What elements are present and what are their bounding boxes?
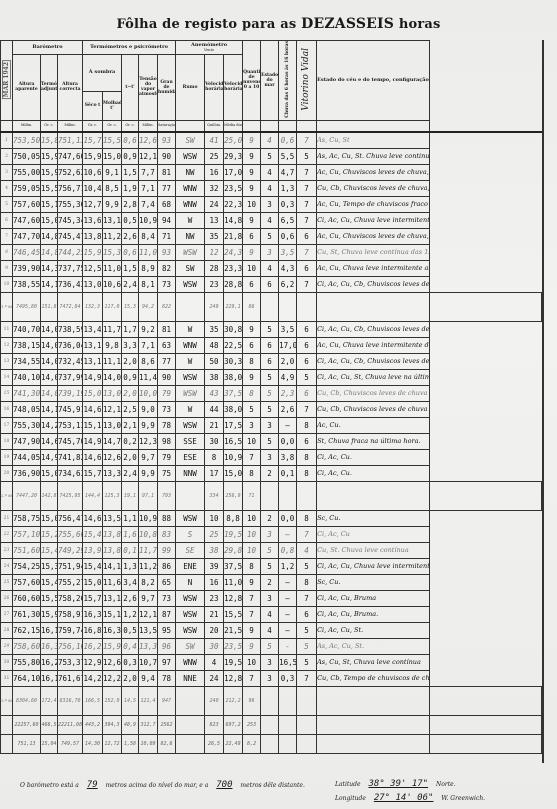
alt-cell: 755,00 [13, 164, 41, 180]
day-cell: 8 [1, 244, 13, 260]
mar-cell: 5 [261, 321, 279, 337]
v1-cell: 44 [205, 401, 224, 417]
rumo-cell: WSW [176, 244, 205, 260]
day-cell: 11 [1, 321, 13, 337]
diff-cell: 0,3 [122, 654, 139, 670]
sky-state-cell: Ci, Ac, Cu, Chuva leve intermitente na ú… [317, 212, 429, 228]
rumo-cell: ESE [176, 449, 205, 465]
col-x-cell: 7 [297, 132, 317, 149]
molh-cell: 13,1 [103, 212, 122, 228]
nuv-cell: 9 [243, 369, 261, 385]
corr-cell: 758,26 [58, 590, 83, 606]
nuv-cell: 9 [243, 321, 261, 337]
sky-state-cell: Ac, Cu. [317, 417, 429, 433]
sky-state-cell: Cu, Cb, Chuviscos leves de chuva, Arco-Í… [317, 180, 429, 196]
seco-cell: 13,6 [83, 212, 103, 228]
term-cell: 15,4 [41, 542, 58, 558]
tens-cell: 13,5 [139, 622, 158, 638]
diff-cell: 0,2 [122, 433, 139, 449]
term-cell: 15,9 [41, 164, 58, 180]
term-cell: 15,3 [41, 558, 58, 574]
diff-cell: 3,4 [122, 574, 139, 590]
rumo-cell: ENE [176, 558, 205, 574]
v2-cell: 16,5 [224, 433, 243, 449]
sky-state-cell: Ac, Cu, Tempo de chuviscos fraco de chuv… [317, 196, 429, 212]
unit-sea [261, 120, 279, 132]
day-cell: 29 [1, 638, 13, 654]
v1-cell: 13 [205, 212, 224, 228]
mar-cell: 2 [261, 465, 279, 481]
day-cell: 16 [1, 401, 13, 417]
molh-cell: 13,0 [103, 417, 122, 433]
wet-header: Molhado t' [103, 91, 122, 120]
table-row: 13734,5514,0732,4513,111,12,08,677W5030,… [1, 353, 542, 369]
corr-cell: 756,71 [58, 180, 83, 196]
nuv-cell: 5 [243, 401, 261, 417]
barometer-header: Barómetro [13, 41, 83, 55]
alt-cell: 753,50 [13, 132, 41, 149]
molh-cell: 9,1 [103, 164, 122, 180]
molh-cell: 15,3 [103, 244, 122, 260]
unit-humidity: Saturação=100 [158, 120, 176, 132]
hum-cell: 65 [158, 574, 176, 590]
seco-summary: 166,5 [83, 686, 103, 715]
diff-cell: 0,9 [122, 369, 139, 385]
alt-cell: 750,05 [13, 148, 41, 164]
tens-cell: 9,9 [139, 465, 158, 481]
corr-cell: 744,25 [58, 244, 83, 260]
table-row: 24754,2515,3751,9415,414,11,311,286ENE39… [1, 558, 542, 574]
term-cell: 15,5 [41, 180, 58, 196]
mar-cell: 3 [261, 417, 279, 433]
molh-cell: 11,6 [103, 574, 122, 590]
tens-cell: 9,0 [139, 401, 158, 417]
diff-cell: 2,0 [122, 385, 139, 401]
longitude-line: Longitude 27° 14' 06" W. Greenwich. [335, 793, 485, 803]
empty-cell [317, 686, 429, 715]
seco-cell: 15,7 [83, 590, 103, 606]
table-row: 31764,1016,1761,6714,212,22,09,478NNE241… [1, 670, 542, 686]
mar-cell: 6 [261, 353, 279, 369]
col-x-cell: 6 [297, 353, 317, 369]
day-cell: 27 [1, 606, 13, 622]
seco-cell: 15,0 [83, 574, 103, 590]
corr-summary: 7425,95 [58, 481, 83, 510]
alt-cell: 739,90 [13, 260, 41, 276]
seco-cell: 13,0 [83, 276, 103, 292]
table-row: 23751,6015,4749,2913,913,80,111,799SE382… [1, 542, 542, 558]
term-cell: 15,4 [41, 574, 58, 590]
v1-cell: 23 [205, 276, 224, 292]
tens-summary: 97,1 [139, 481, 158, 510]
diff-summary: 48,9 [122, 715, 139, 734]
chuva-cell: 3,8 [279, 449, 297, 465]
diff-cell: 0,4 [122, 638, 139, 654]
v1-cell: 8 [205, 449, 224, 465]
empty-cell [297, 715, 317, 734]
v1-cell: 38 [205, 369, 224, 385]
alt-cell: 747,70 [13, 228, 41, 244]
nuv-cell: 6 [243, 337, 261, 353]
molh-cell: 13,0 [103, 385, 122, 401]
day-cell: 2 [1, 148, 13, 164]
term-summary: 142,8 [41, 481, 58, 510]
latitude-line: Latitude 38° 39' 17" Norte. [335, 779, 456, 789]
chuva-cell: 3,5 [279, 321, 297, 337]
unit-sig [297, 120, 317, 132]
mar-cell: 5 [261, 369, 279, 385]
sky-state-cell: Cu, St. Chuva leve contínua [317, 542, 429, 558]
tens-cell: 10,9 [139, 510, 158, 526]
col-x-cell: 8 [297, 417, 317, 433]
v1-cell: 25 [205, 148, 224, 164]
empty-cell [297, 292, 317, 321]
table-row: 3755,0015,9752,6210,69,11,57,781NW1617,0… [1, 164, 542, 180]
nuv-cell: 8 [243, 465, 261, 481]
col-x-cell: 7 [297, 276, 317, 292]
empty-cell [297, 481, 317, 510]
hum-summary: 822 [158, 292, 176, 321]
sky-state-cell: Ci, Ac, Cu, St. [317, 622, 429, 638]
diff-cell: 1,3 [122, 558, 139, 574]
baro-height-value: 79 [81, 780, 104, 790]
table-row: 29758,6016,3756,1616,215,90,413,396SW302… [1, 638, 542, 654]
nuv-cell: 9 [243, 638, 261, 654]
nuv-cell: 9 [243, 574, 261, 590]
molh-cell: 10,6 [103, 276, 122, 292]
term-cell: 15,9 [41, 148, 58, 164]
table-right-border [542, 40, 544, 763]
sky-state-cell: Ci, Ac, Cu, Cb, Chuviscos leves de chuva… [317, 321, 429, 337]
molh-cell: 12,2 [103, 670, 122, 686]
diff-cell: 2,0 [122, 670, 139, 686]
hum-cell: 75 [158, 465, 176, 481]
term-cell: 15,0 [41, 510, 58, 526]
day-cell: 30 [1, 654, 13, 670]
sky-state-cell: Sc, Cu. [317, 574, 429, 590]
term-cell: 15,9 [41, 606, 58, 622]
day-cell: 23 [1, 542, 13, 558]
corr-cell: 752,62 [58, 164, 83, 180]
corr-summary: 7472,84 [58, 292, 83, 321]
day-cell: 21 [1, 510, 13, 526]
col-x-cell: 5 [297, 654, 317, 670]
diff-cell: 2,4 [122, 276, 139, 292]
diff-cell: 0,9 [122, 148, 139, 164]
sky-state-cell: Sc, Cu. [317, 510, 429, 526]
corr-cell: 758,91 [58, 606, 83, 622]
chuva-cell: 0,0 [279, 433, 297, 449]
chuva-cell: 17,0 [279, 337, 297, 353]
sky-state-cell: Ci, Ac, Cu [317, 526, 429, 542]
chuva-cell: 3,5 [279, 244, 297, 260]
diff-summary: 15,3 [122, 292, 139, 321]
molh-summary: 12,72 [103, 734, 122, 753]
nuv-cell: 9 [243, 244, 261, 260]
sky-state-header: Estado do céu e do tempo, configuração d… [317, 41, 429, 121]
v2-cell: 22,5 [224, 337, 243, 353]
term-cell: 15,8 [41, 132, 58, 149]
chuva-cell: 0,6 [279, 132, 297, 149]
empty-cell [279, 481, 297, 510]
decade-summary-row: 1.ª década7495,80151,87472,84132,3117,01… [1, 292, 542, 321]
alt-cell: 738,15 [13, 337, 41, 353]
molh-cell: 13,8 [103, 526, 122, 542]
sky-state-cell: Ac, Cu, Chuva leve intermitente até às 1… [317, 260, 429, 276]
col-x-cell: 7 [297, 590, 317, 606]
table-row: 20736,9015,0734,6315,713,32,49,975NNW171… [1, 465, 542, 481]
v2-cell: 28,8 [224, 276, 243, 292]
mar-cell: 5 [261, 401, 279, 417]
rumo-cell: W [176, 321, 205, 337]
corr-cell: 738,59 [58, 321, 83, 337]
decade-label [1, 734, 13, 753]
alt-cell: 738,55 [13, 276, 41, 292]
v2-cell: 23,3 [224, 260, 243, 276]
nuv-cell: 8 [243, 353, 261, 369]
day-header: MAR 1942 [1, 41, 13, 121]
speed-mean-header: Velocidade horária [224, 55, 243, 121]
empty-cell [317, 481, 429, 510]
title-prefix: Fôlha de registo para as [116, 17, 296, 32]
tens-cell: 9,2 [139, 321, 158, 337]
molh-cell: 14,1 [103, 558, 122, 574]
hum-cell: 81 [158, 164, 176, 180]
rumo-cell: WNW [176, 654, 205, 670]
corr-cell: 749,29 [58, 542, 83, 558]
hum-cell: 94 [158, 212, 176, 228]
col-x-cell: 5 [297, 622, 317, 638]
vento-label: Vento [204, 48, 214, 52]
observer-signature: Vitorino Vidal [304, 48, 309, 111]
table-row: 14740,1014,0737,9914,914,00,911,490WSW38… [1, 369, 542, 385]
latitude-suffix: Norte. [436, 781, 456, 788]
alt-cell: 740,10 [13, 369, 41, 385]
v2-summary: 256,9 [224, 481, 243, 510]
nuv-cell: 7 [243, 670, 261, 686]
tens-summary: 121,4 [139, 686, 158, 715]
hum-cell: 63 [158, 337, 176, 353]
table-row: 7747,7014,8745,4713,811,22,68,471NW3521,… [1, 228, 542, 244]
diff-cell: 0,6 [122, 244, 139, 260]
sky-state-cell: Ci, Ac, Cu, Cb, Chuviscos leves de chuva… [317, 276, 429, 292]
tens-cell: 11,7 [139, 542, 158, 558]
day-cell: 25 [1, 574, 13, 590]
seco-cell: 14,2 [83, 670, 103, 686]
tens-summary: 94,2 [139, 292, 158, 321]
molh-cell: 8,5 [103, 180, 122, 196]
tens-cell: 7,1 [139, 337, 158, 353]
sky-state-cell: Ci, Ac, Cu, Cb, Chuviscos leves de chuva… [317, 353, 429, 369]
chuva-cell: 2,0 [279, 353, 297, 369]
hum-cell: 71 [158, 228, 176, 244]
mar-cell: 4 [261, 606, 279, 622]
rumo-cell: N [176, 574, 205, 590]
longitude-label: Longitude [335, 795, 366, 802]
diff-cell: 1,5 [122, 260, 139, 276]
sea-header: Estado do mar [261, 41, 279, 121]
decade-label [1, 715, 13, 734]
term-cell: 16,1 [41, 622, 58, 638]
sky-state-cell: Cu, Cb, Chuviscos leves de chuva depois … [317, 385, 429, 401]
alt-summary: 751,13 [13, 734, 41, 753]
rumo-summary [176, 734, 205, 753]
v1-cell: 28 [205, 260, 224, 276]
nuv-cell: 7 [243, 590, 261, 606]
molh-cell: 11,1 [103, 353, 122, 369]
corr-cell: 756,47 [58, 510, 83, 526]
term-cell: 15,1 [41, 196, 58, 212]
corr-cell: 734,63 [58, 465, 83, 481]
molh-cell: 14,7 [103, 433, 122, 449]
unit-wet: Gr. c. [103, 120, 122, 132]
rumo-cell: WSW [176, 510, 205, 526]
v1-cell: 16 [205, 164, 224, 180]
hum-cell: 95 [158, 622, 176, 638]
tens-cell: 7,1 [139, 180, 158, 196]
v2-cell: 30,3 [224, 353, 243, 369]
table-row: 1753,5015,8751,1315,715,50,612,693SW4125… [1, 132, 542, 149]
table-row: 25757,6015,4755,2715,011,63,48,265N1611,… [1, 574, 542, 590]
unit-speed: Quilóm. [205, 120, 224, 132]
col-x-cell: 5 [297, 369, 317, 385]
nuv-cell: 10 [243, 196, 261, 212]
hum-cell: 90 [158, 148, 176, 164]
seco-cell: 15,1 [83, 417, 103, 433]
tens-cell: 11,2 [139, 558, 158, 574]
alt-cell: 758,75 [13, 510, 41, 526]
col-x-cell: 6 [297, 260, 317, 276]
v2-cell: 24,3 [224, 244, 243, 260]
nuv-cell: 8 [243, 385, 261, 401]
mar-cell: 2 [261, 510, 279, 526]
col-x-cell: 4 [297, 542, 317, 558]
empty-cell [317, 715, 429, 734]
rumo-cell: NNW [176, 465, 205, 481]
molh-cell: 15,9 [103, 638, 122, 654]
corr-summary: 749,57 [58, 734, 83, 753]
diff-header: t−t' [122, 55, 139, 121]
col-x-cell: 8 [297, 465, 317, 481]
anemometer-header: AnemómetroVento [176, 41, 243, 55]
day-cell: 5 [1, 196, 13, 212]
hum-cell: 98 [158, 433, 176, 449]
diff-summary: 14,5 [122, 686, 139, 715]
rain-label: Chuva das 6 horas às 16 horas [285, 41, 290, 118]
empty-cell [297, 686, 317, 715]
sky-state-cell: Ac, Cu, Chuviscos leves de chuva, Arco-Í… [317, 164, 429, 180]
col-x-cell: 8 [297, 510, 317, 526]
nuv-summary: 8,2 [243, 734, 261, 753]
diff-cell: 0,5 [122, 212, 139, 228]
tens-cell: 9,7 [139, 590, 158, 606]
col-x-cell: 5 [297, 638, 317, 654]
title-suffix: horas [399, 17, 441, 32]
mar-cell: 4 [261, 260, 279, 276]
v2-cell: 23,5 [224, 180, 243, 196]
mar-cell: 4 [261, 212, 279, 228]
diff-cell: 2,6 [122, 590, 139, 606]
seco-cell: 10,4 [83, 180, 103, 196]
corr-cell: 753,13 [58, 417, 83, 433]
molh-cell: 15,5 [103, 132, 122, 149]
seco-cell: 15,7 [83, 132, 103, 149]
day-cell: 13 [1, 353, 13, 369]
rumo-cell: NW [176, 228, 205, 244]
v2-summary: 229,1 [224, 292, 243, 321]
nuv-cell: 7 [243, 606, 261, 622]
mar-cell: 5 [261, 385, 279, 401]
table-row: 4759,0515,5756,7110,48,51,97,177WNW3223,… [1, 180, 542, 196]
chuva-cell: 2,6 [279, 401, 297, 417]
diff-cell: 2,0 [122, 353, 139, 369]
hum-cell: 86 [158, 558, 176, 574]
seco-cell: 14,6 [83, 449, 103, 465]
unit-desc [317, 120, 429, 132]
term-cell: 14,1 [41, 401, 58, 417]
seco-cell: 16,8 [83, 622, 103, 638]
table-row: 10738,5514,1736,4313,010,62,48,173WSW232… [1, 276, 542, 292]
alt-cell: 734,55 [13, 353, 41, 369]
corrected-height-header: Altura correcta [58, 55, 83, 121]
hum-cell: 78 [158, 417, 176, 433]
tens-cell: 10,7 [139, 654, 158, 670]
term-cell: 14,0 [41, 337, 58, 353]
hum-cell: 77 [158, 180, 176, 196]
rumo-cell: W [176, 353, 205, 369]
v1-cell: 21 [205, 417, 224, 433]
seco-summary: 144,4 [83, 481, 103, 510]
diff-cell: 1,5 [122, 164, 139, 180]
table-row: 19744,0514,9741,8214,612,62,09,779ESE810… [1, 449, 542, 465]
tens-summary: 10,09 [139, 734, 158, 753]
tens-cell: 11,4 [139, 369, 158, 385]
molh-cell: 13,8 [103, 542, 122, 558]
unit-tension: Milím. [139, 120, 158, 132]
seco-summary: 14,30 [83, 734, 103, 753]
nuv-cell: 9 [243, 622, 261, 638]
hum-cell: 96 [158, 638, 176, 654]
tens-cell: 7,7 [139, 164, 158, 180]
v1-cell: 24 [205, 670, 224, 686]
nuv-cell: 10 [243, 510, 261, 526]
day-cell: 9 [1, 260, 13, 276]
v2-cell: 12,8 [224, 670, 243, 686]
day-cell: 4 [1, 180, 13, 196]
v2-cell: 10,9 [224, 449, 243, 465]
table-row: 26760,6015,5758,2615,713,12,69,773WSW231… [1, 590, 542, 606]
v2-cell: 23,5 [224, 638, 243, 654]
decade-label: 2.ª década [1, 481, 13, 510]
molh-summary: 125,3 [103, 481, 122, 510]
mar-cell: 4 [261, 132, 279, 149]
mar-cell: 5 [261, 148, 279, 164]
term-summary: 466,5 [41, 715, 58, 734]
baro-prefix: O barómetro está a [20, 782, 79, 789]
mar-cell: 5 [261, 228, 279, 244]
empty-cell [279, 292, 297, 321]
chuva-cell: 1,2 [279, 558, 297, 574]
rumo-summary [176, 715, 205, 734]
nuv-summary: 71 [243, 481, 261, 510]
hum-cell: 73 [158, 401, 176, 417]
table-row: 12738,1514,0736,0413,19,83,37,163WNW4822… [1, 337, 542, 353]
term-cell: 14,0 [41, 321, 58, 337]
diff-cell: 2,6 [122, 228, 139, 244]
seco-cell: 15,7 [83, 465, 103, 481]
tens-cell: 10,9 [139, 212, 158, 228]
alt-cell: 736,90 [13, 465, 41, 481]
